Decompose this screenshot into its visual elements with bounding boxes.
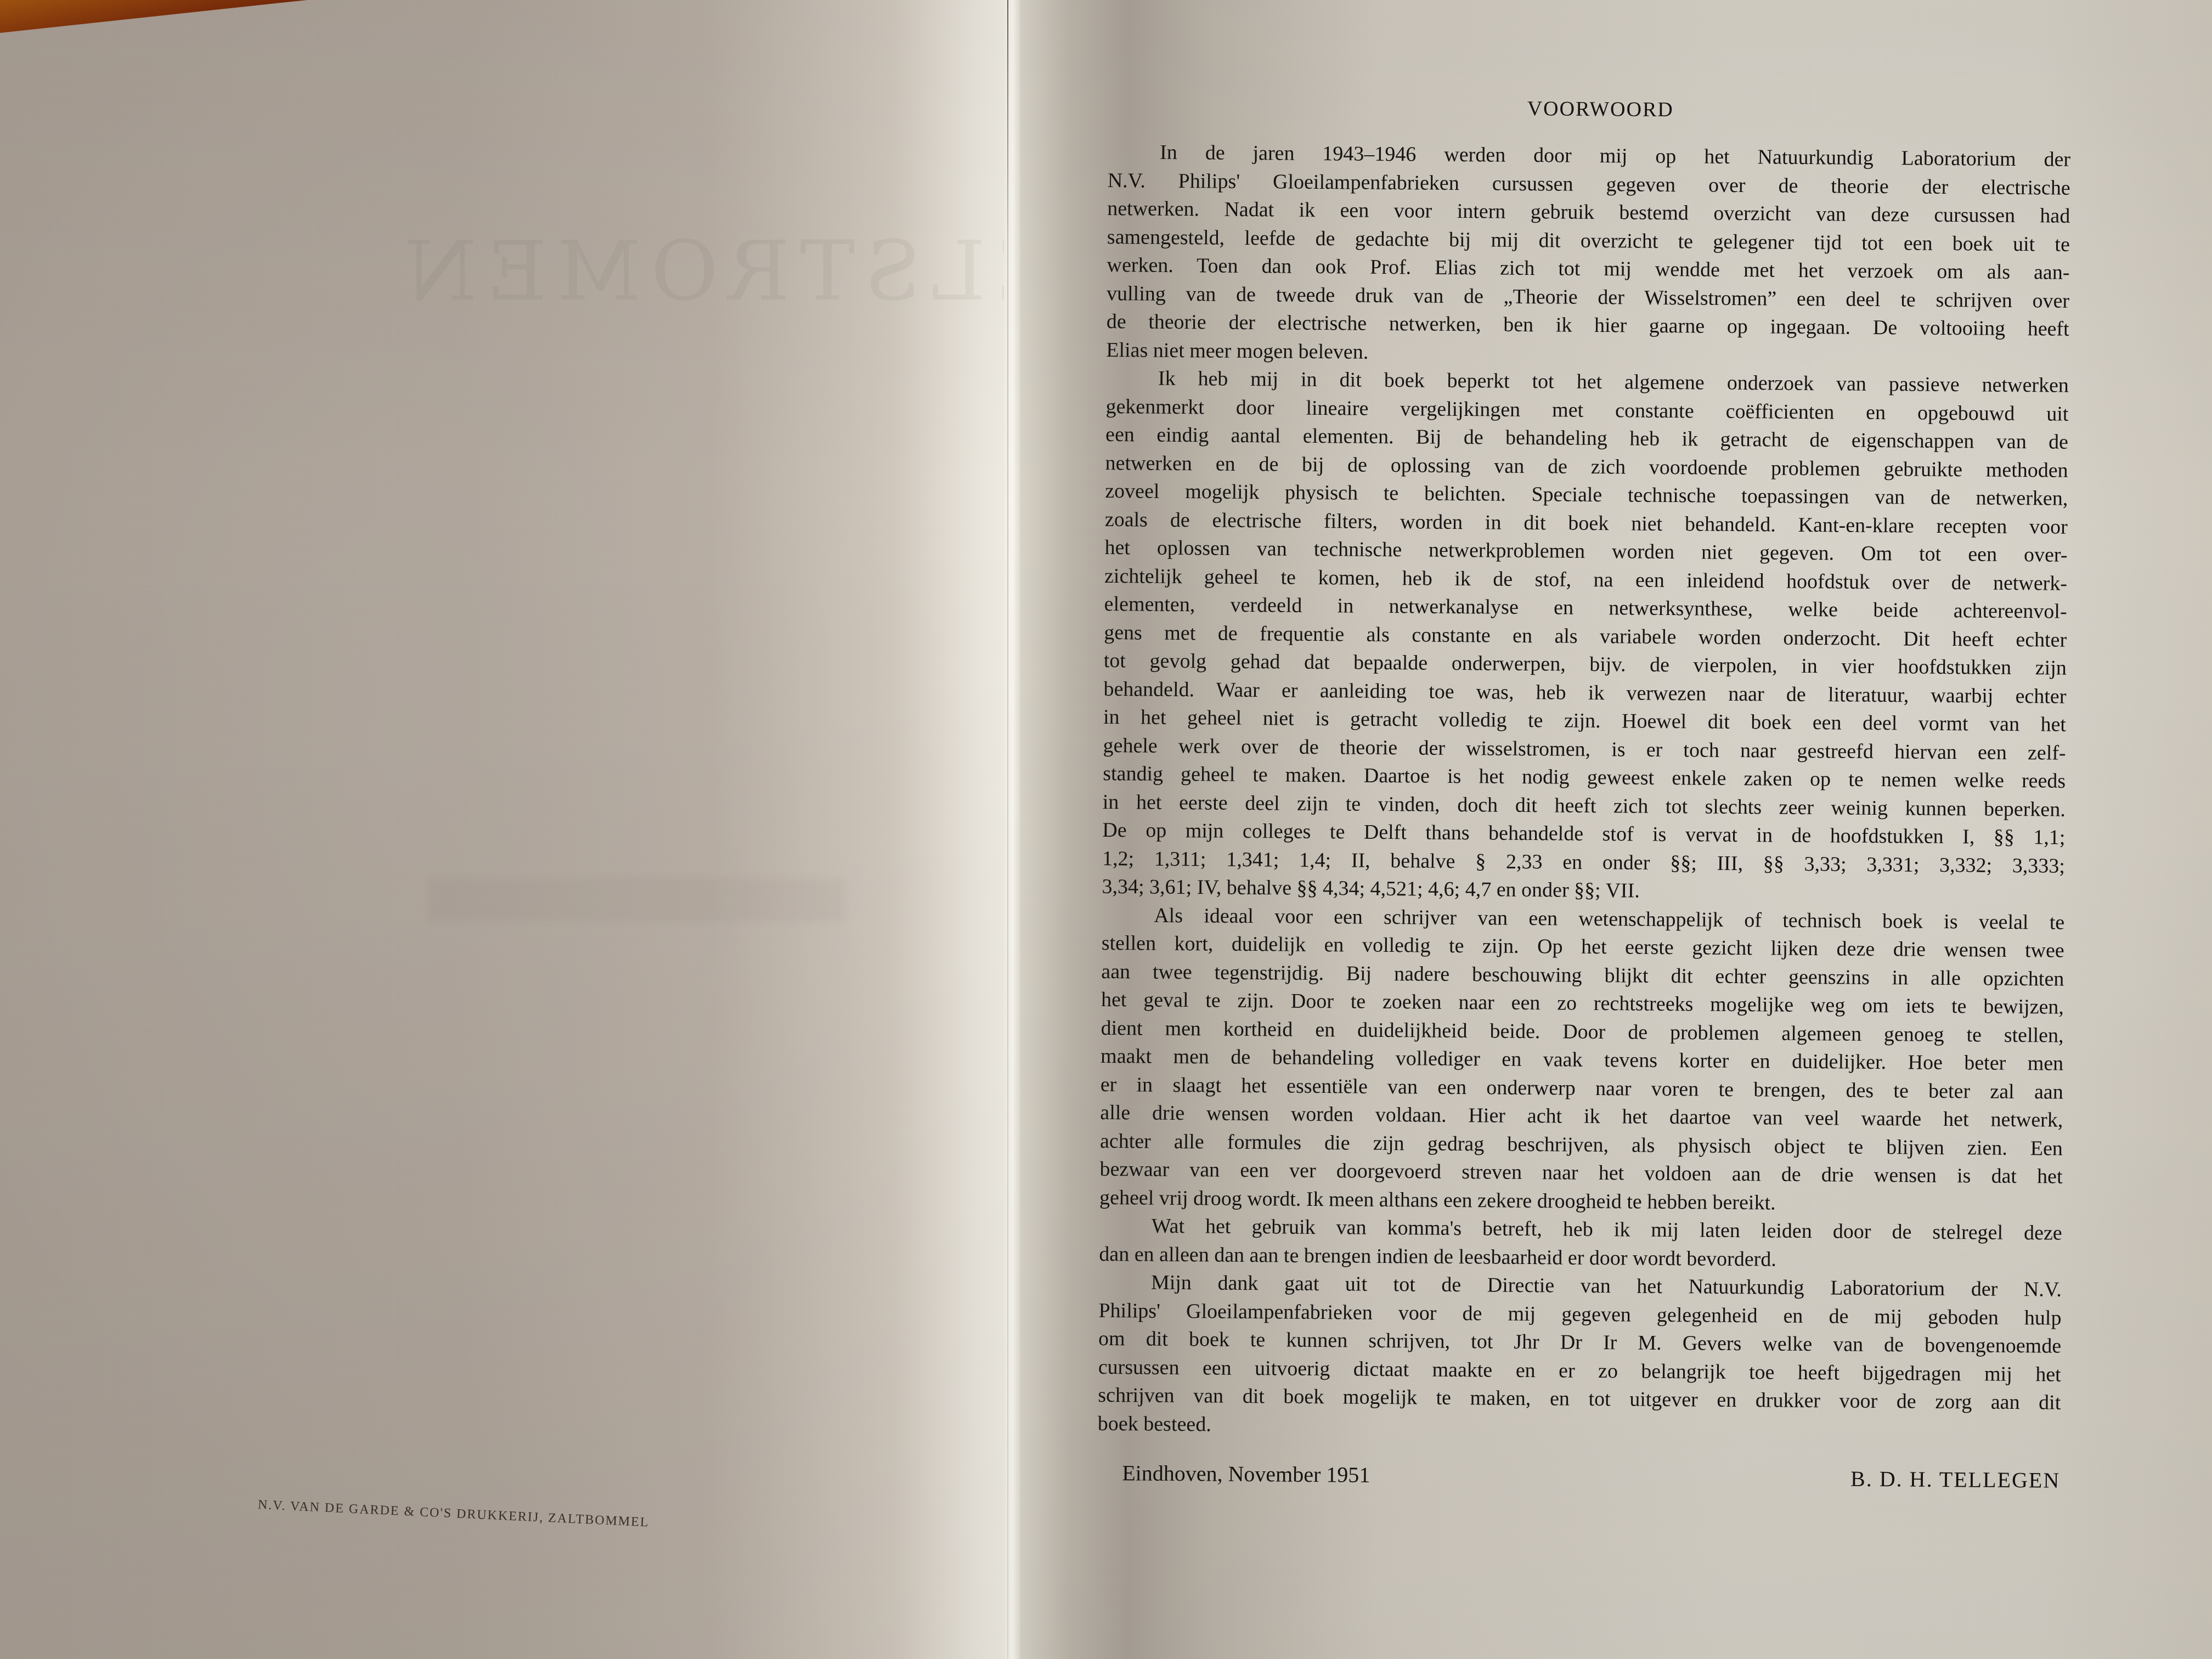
place-and-date: Eindhoven, November 1951	[1122, 1460, 1370, 1488]
book-spread-photo: THEORIE DER WISSELSTROMEN N.V. VAN DE GA…	[0, 0, 2212, 1659]
paragraph-1: In de jaren 1943–1946 werden door mij op…	[1106, 138, 2070, 372]
paragraph-3: Als ideaal voor een schrijver van een we…	[1099, 901, 2064, 1219]
paragraph-2: Ik heb mij in dit boek beperkt tot het a…	[1102, 364, 2069, 909]
preface-text-block: VOORWOORD In de jaren 1943–1946 werden d…	[1097, 93, 2071, 1500]
gutter-crease	[1007, 0, 1008, 1659]
left-page: THEORIE DER WISSELSTROMEN N.V. VAN DE GA…	[0, 0, 1015, 1659]
paragraph-5: Mijn dank gaat uit tot de Directie van h…	[1098, 1268, 2062, 1446]
left-page-show-through-smudge	[428, 878, 845, 922]
author-signature: B. D. H. TELLEGEN	[1850, 1466, 2060, 1493]
paragraph-4: Wat het gebruik van komma's betreft, heb…	[1099, 1212, 2062, 1276]
printer-imprint: N.V. VAN DE GARDE & CO'S DRUKKERIJ, ZALT…	[257, 1498, 650, 1530]
